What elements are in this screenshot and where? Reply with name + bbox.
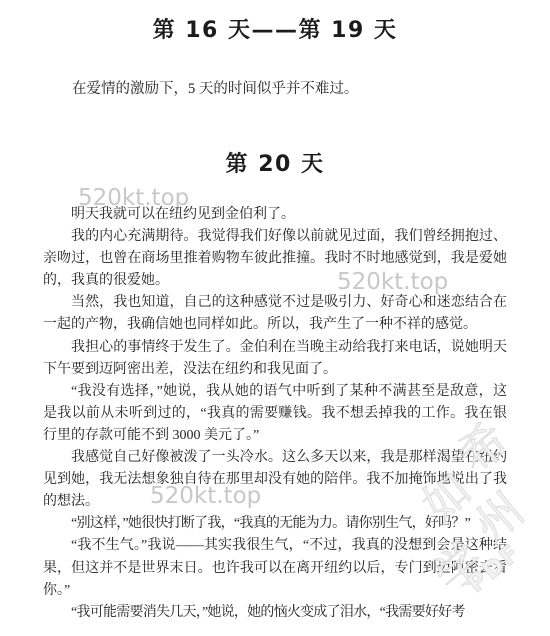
body-paragraph: 我的内心充满期待。我觉得我们好像以前就见过面，我们曾经拥抱过、亲吻过，也曾在商场… (43, 226, 507, 292)
chapter-heading-day20: 第 20 天 (0, 147, 550, 178)
intro-paragraph: 在爱情的激励下，5 天的时间似乎并不难过。 (43, 78, 507, 100)
body-text: 明天我就可以在纽约见到金伯利了。 我的内心充满期待。我觉得我们好像以前就见过面，… (43, 204, 507, 624)
body-paragraph: 我感觉自己好像被泼了一头冷水。这么多天以来，我是那样渴望在纽约见到她，我无法想象… (43, 447, 507, 513)
book-page: 第 16 天——第 19 天 在爱情的激励下，5 天的时间似乎并不难过。 第 2… (0, 0, 550, 636)
body-paragraph: “我可能需要消失几天，”她说，她的恼火变成了泪水，“我需要好好考 (43, 602, 507, 624)
body-paragraph: 当然，我也知道，自己的这种感觉不过是吸引力、好奇心和迷恋结合在一起的产物，我确信… (43, 292, 507, 336)
body-paragraph: “我没有选择，”她说，我从她的语气中听到了某种不满甚至是敌意，这是我以前从未听到… (43, 381, 507, 447)
body-paragraph: 明天我就可以在纽约见到金伯利了。 (43, 204, 507, 226)
chapter-heading-day16-19: 第 16 天——第 19 天 (0, 13, 550, 44)
body-paragraph: “别这样，”她很快打断了我，“我真的无能为力。请你别生气，好吗？” (43, 513, 507, 535)
body-paragraph: 我担心的事情终于发生了。金伯利在当晚主动给我打来电话，说她明天下午要到迈阿密出差… (43, 337, 507, 381)
body-paragraph: “我不生气。”我说——其实我很生气，“不过，我真的没想到会是这种结果，但这并不是… (43, 535, 507, 601)
